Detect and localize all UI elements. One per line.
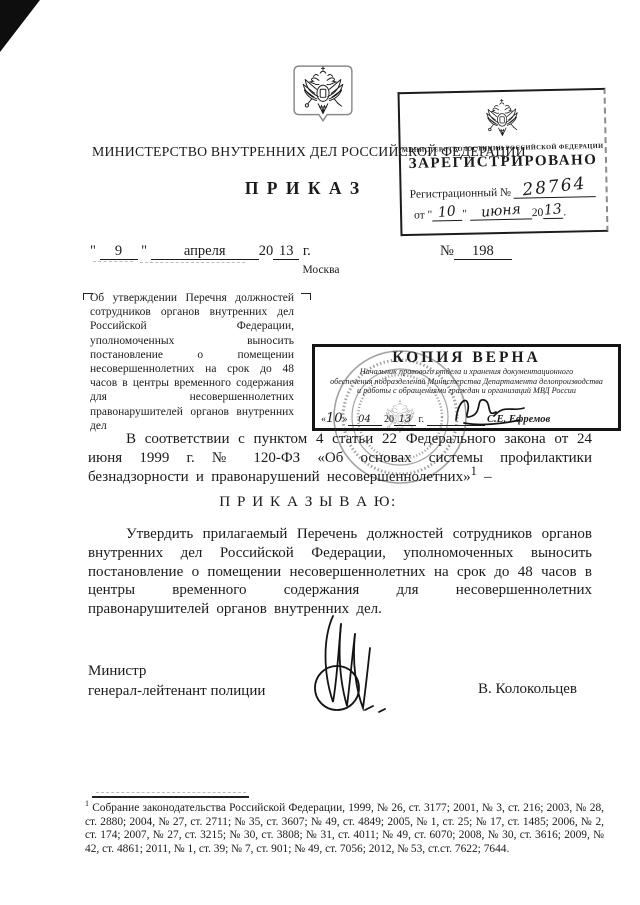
stamp-day-blank: 10 (432, 205, 462, 221)
certifier-signature (450, 390, 532, 428)
footnote: 1 Собрание законодательства Российской Ф… (85, 802, 604, 857)
registration-stamp: МИНИСТЕРСТВО ЮСТИЦИИ РОССИЙСКОЙ ФЕДЕРАЦИ… (398, 88, 609, 236)
double-headed-eagle-icon (290, 61, 356, 129)
registration-number-label: Регистрационный № (410, 187, 512, 201)
scan-artifact-dash (140, 262, 245, 263)
minister-signature (295, 610, 407, 722)
body-paragraph-2: Утвердить прилагаемый Перечень должносте… (88, 525, 592, 619)
body-paragraph-1: В соответствии с пунктом 4 статьи 22 Фед… (88, 430, 592, 486)
stamp-eagle-icon (482, 98, 523, 139)
order-day: 9 (115, 243, 122, 259)
registration-number-value: 28764 (522, 176, 588, 201)
body-paragraph-1-text: В соответствии с пунктом 4 статьи 22 Фед… (88, 431, 592, 485)
signer-position: Министр генерал-лейтенант полиции (88, 662, 265, 701)
stamp-year-prefix: 20 (532, 207, 544, 219)
body-paragraph-1-dash: – (484, 469, 492, 485)
signer-name: В. Колокольцев (478, 681, 577, 698)
order-date-line: " 9 " апреля2013 г. (90, 243, 311, 260)
command-word: П Р И К А З Ы В А Ю: (88, 493, 528, 511)
order-number-label: № (440, 243, 454, 259)
footnote-text: Собрание законодательства Российской Фед… (85, 802, 604, 855)
signer-position-line2: генерал-лейтенант полиции (88, 682, 265, 702)
stamp-registration-number-row: Регистрационный № 28764 (409, 178, 599, 201)
stamp-day-value: 10 (438, 204, 457, 220)
scan-artifact-dash (93, 261, 133, 262)
stamp-registered-label: ЗАРЕГИСТРИРОВАНО (401, 152, 605, 173)
order-number-blank: 198 (454, 244, 512, 260)
signer-position-line1: Министр (88, 662, 265, 682)
stamp-date-row: от "10" июня2013. (414, 202, 600, 222)
stamp-month-value: июня (480, 202, 521, 220)
stamp-year-value: 13 (544, 202, 563, 218)
order-subject: Об утверждении Перечня должностей сотруд… (90, 291, 294, 433)
stamp-year-blank: 13 (543, 203, 563, 219)
corner-fold-mark (0, 0, 40, 52)
coat-of-arms-emblem (290, 61, 356, 129)
footnote-reference: 1 (471, 464, 477, 478)
footnote-separator (92, 796, 249, 798)
order-number-line: №198 (440, 243, 512, 260)
order-year-blank: 13 (273, 244, 299, 260)
stamp-from-label: от (414, 209, 425, 221)
order-month: апреля (184, 243, 226, 259)
subject-corner-mark-right (301, 293, 311, 300)
order-number: 198 (472, 243, 494, 259)
order-year: 13 (279, 243, 294, 259)
place-label: Москва (88, 264, 554, 276)
registration-number-blank: 28764 (514, 178, 596, 199)
footnote-mark: 1 (85, 799, 89, 808)
order-year-abbr: г. (303, 243, 311, 259)
scan-artifact-dash (96, 792, 246, 793)
document-page: МИНИСТЕРСТВО ВНУТРЕННИХ ДЕЛ РОССИЙСКОЙ Ф… (0, 0, 640, 905)
order-day-blank: 9 (100, 244, 138, 260)
order-month-blank: апреля (151, 244, 259, 260)
stamp-month-blank: июня (470, 203, 532, 220)
order-year-prefix: 20 (259, 243, 274, 259)
